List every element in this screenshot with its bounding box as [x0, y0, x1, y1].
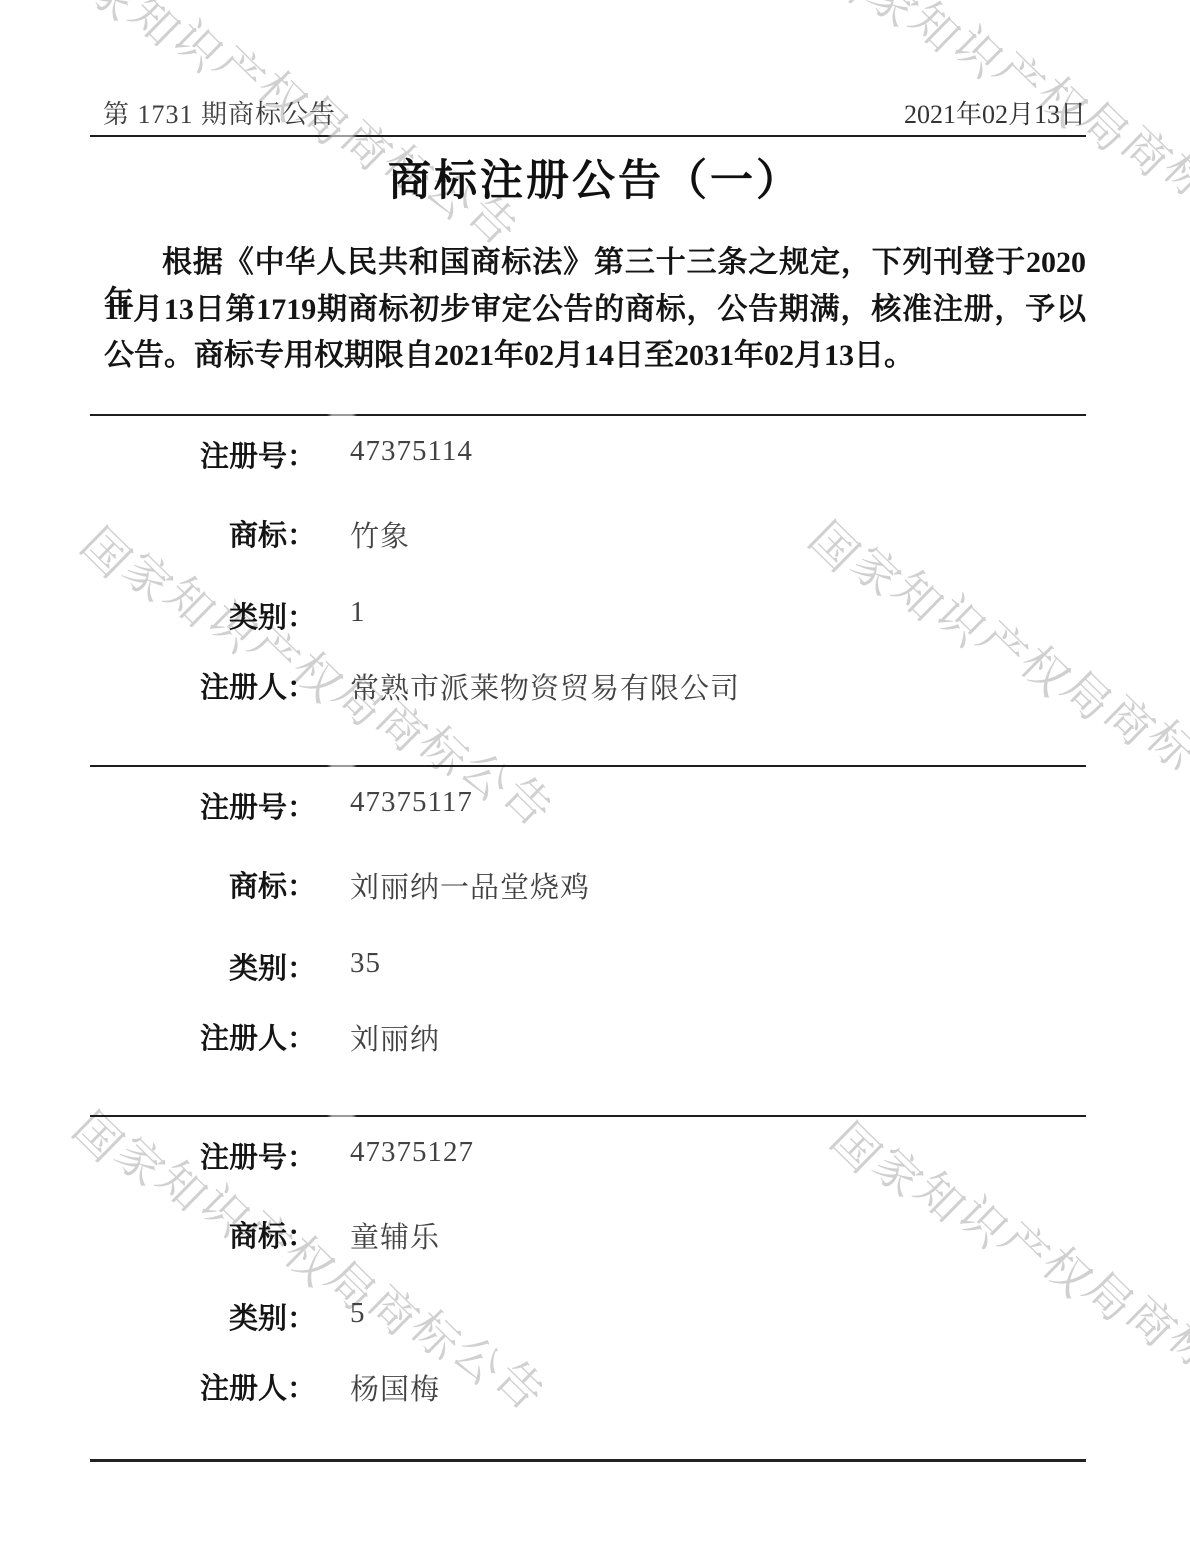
field-value-category: 5 [350, 1297, 366, 1330]
field-label-reg-no: 注册号： [90, 1135, 316, 1176]
trademark-record: 注册号： 47375127 商标： 童辅乐 类别： 5 注册人： 杨国梅 [90, 1115, 1086, 1415]
field-label-reg-no: 注册号： [90, 785, 316, 826]
field-label-registrant: 注册人： [90, 665, 316, 706]
header-rule [90, 135, 1086, 137]
gazette-issue-number: 第 1731 期商标公告 [103, 94, 336, 131]
record-divider [90, 414, 1086, 416]
record-divider [90, 1115, 1086, 1117]
field-value-reg-no: 47375117 [350, 786, 473, 819]
intro-line: 11月13日第1719期商标初步审定公告的商标，公告期满，核准注册，予以 [104, 290, 1086, 330]
field-label-mark: 商标： [90, 1214, 316, 1255]
field-label-category: 类别： [90, 595, 316, 636]
trademark-record: 注册号： 47375117 商标： 刘丽纳一品堂烧鸡 类别： 35 注册人： 刘… [90, 765, 1086, 1065]
field-value-mark: 竹象 [350, 514, 410, 555]
field-value-category: 35 [350, 947, 381, 980]
field-label-mark: 商标： [90, 864, 316, 905]
intro-line: 公告。商标专用权期限自2021年02月14日至2031年02月13日。 [104, 336, 1086, 376]
page-title: 商标注册公告（一） [0, 147, 1190, 208]
field-label-mark: 商标： [90, 513, 316, 554]
gazette-date: 2021年02月13日 [904, 94, 1086, 131]
record-divider [90, 765, 1086, 767]
field-label-registrant: 注册人： [90, 1016, 316, 1057]
field-label-category: 类别： [90, 946, 316, 987]
field-label-category: 类别： [90, 1296, 316, 1337]
field-value-reg-no: 47375114 [350, 435, 473, 468]
field-value-registrant: 常熟市派莱物资贸易有限公司 [350, 666, 740, 707]
trademark-record: 注册号： 47375114 商标： 竹象 类别： 1 注册人： 常熟市派莱物资贸… [90, 414, 1086, 714]
field-value-registrant: 杨国梅 [350, 1367, 440, 1408]
document-page: 国家知识产权局商标公告 国家知识产权局商标公告 国家知识产权局商标公告 国家知识… [0, 0, 1190, 1564]
field-value-category: 1 [350, 596, 366, 629]
field-value-mark: 刘丽纳一品堂烧鸡 [350, 865, 590, 906]
field-value-mark: 童辅乐 [350, 1215, 440, 1256]
field-value-reg-no: 47375127 [350, 1136, 474, 1169]
field-value-registrant: 刘丽纳 [350, 1017, 440, 1058]
page-bottom-rule [90, 1459, 1086, 1462]
field-label-reg-no: 注册号： [90, 434, 316, 475]
watermark-top-right: 国家知识产权局商标公告 [817, 0, 1190, 262]
field-label-registrant: 注册人： [90, 1366, 316, 1407]
